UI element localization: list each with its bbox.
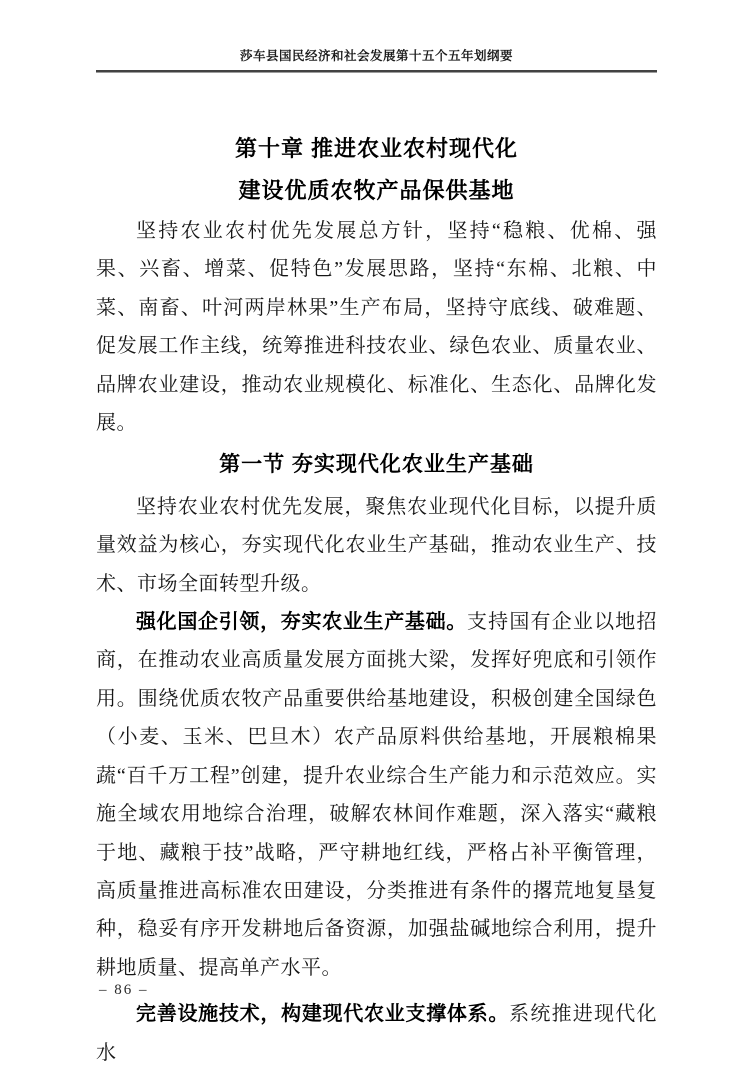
header-rule-divider [96,70,657,72]
body-paragraph: 坚持农业农村优先发展，聚焦农业现代化目标，以提升质量效益为核心，夯实现代化农业生… [96,488,657,603]
document-page: 莎车县国民经济和社会发展第十五个五年划纲要 第十章 推进农业农村现代化 建设优质… [0,0,753,1066]
paragraph-lead-bold: 完善设施技术，构建现代农业支撑体系。 [136,1003,509,1025]
paragraph-body-text: 支持国有企业以地招商，在推动农业高质量发展方面挑大梁，发挥好兜底和引领作用。围绕… [96,611,657,979]
page-number: – 86 – [99,982,149,999]
paragraph-lead-bold: 强化国企引领，夯实农业生产基础。 [136,611,467,633]
body-paragraph: 强化国企引领，夯实农业生产基础。支持国有企业以地招商，在推动农业高质量发展方面挑… [96,603,657,987]
chapter-subtitle: 建设优质农牧产品保供基地 [96,170,657,212]
running-header-title: 莎车县国民经济和社会发展第十五个五年划纲要 [0,46,753,64]
body-paragraph: 完善设施技术，构建现代农业支撑体系。系统推进现代化水 [96,995,657,1066]
chapter-title: 第十章 推进农业农村现代化 [96,128,657,170]
section-heading: 第一节 夯实现代化农业生产基础 [96,446,657,484]
page-content: 第十章 推进农业农村现代化 建设优质农牧产品保供基地 坚持农业农村优先发展总方针… [96,128,657,1066]
chapter-intro-paragraph: 坚持农业农村优先发展总方针，坚持“稳粮、优棉、强果、兴畜、增菜、促特色”发展思路… [96,212,657,442]
